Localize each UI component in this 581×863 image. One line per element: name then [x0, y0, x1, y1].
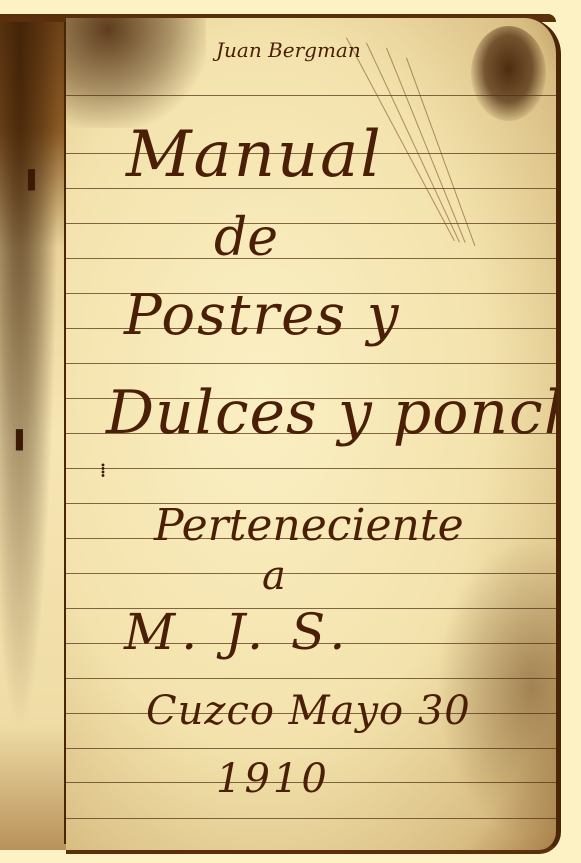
title-line-dulces: Dulces y ponch	[106, 378, 561, 448]
place-date: Cuzco Mayo 30	[146, 688, 471, 734]
year: 1910	[216, 756, 330, 802]
ruled-line	[66, 95, 556, 96]
ruled-line	[66, 678, 556, 679]
ownership-preposition: a	[262, 553, 286, 599]
ownership-label: Perteneciente	[154, 500, 464, 551]
stain-top-right	[471, 26, 546, 121]
ruled-line	[66, 468, 556, 469]
notebook-photo: Juan Bergman Manual de Postres y Dulces …	[0, 0, 581, 863]
title-line-manual: Manual	[126, 118, 383, 192]
ruled-line	[66, 363, 556, 364]
ruled-line	[66, 818, 556, 819]
ruled-line	[66, 223, 556, 224]
title-line-de: de	[214, 208, 278, 268]
ink-mark: ⁞	[100, 460, 106, 481]
pencil-scribble	[386, 48, 466, 243]
ruled-line	[66, 258, 556, 259]
title-line-postres: Postres y	[124, 283, 400, 348]
ruled-line	[66, 573, 556, 574]
stain-top-left	[66, 18, 206, 128]
ruled-line	[66, 748, 556, 749]
ink-mark: ▌	[28, 170, 42, 191]
ink-mark: ▌	[16, 430, 30, 451]
left-page	[0, 14, 66, 850]
owner-initials: M. J. S.	[124, 603, 351, 661]
right-page: Juan Bergman Manual de Postres y Dulces …	[66, 18, 561, 854]
owner-signature: Juan Bergman	[216, 38, 361, 62]
